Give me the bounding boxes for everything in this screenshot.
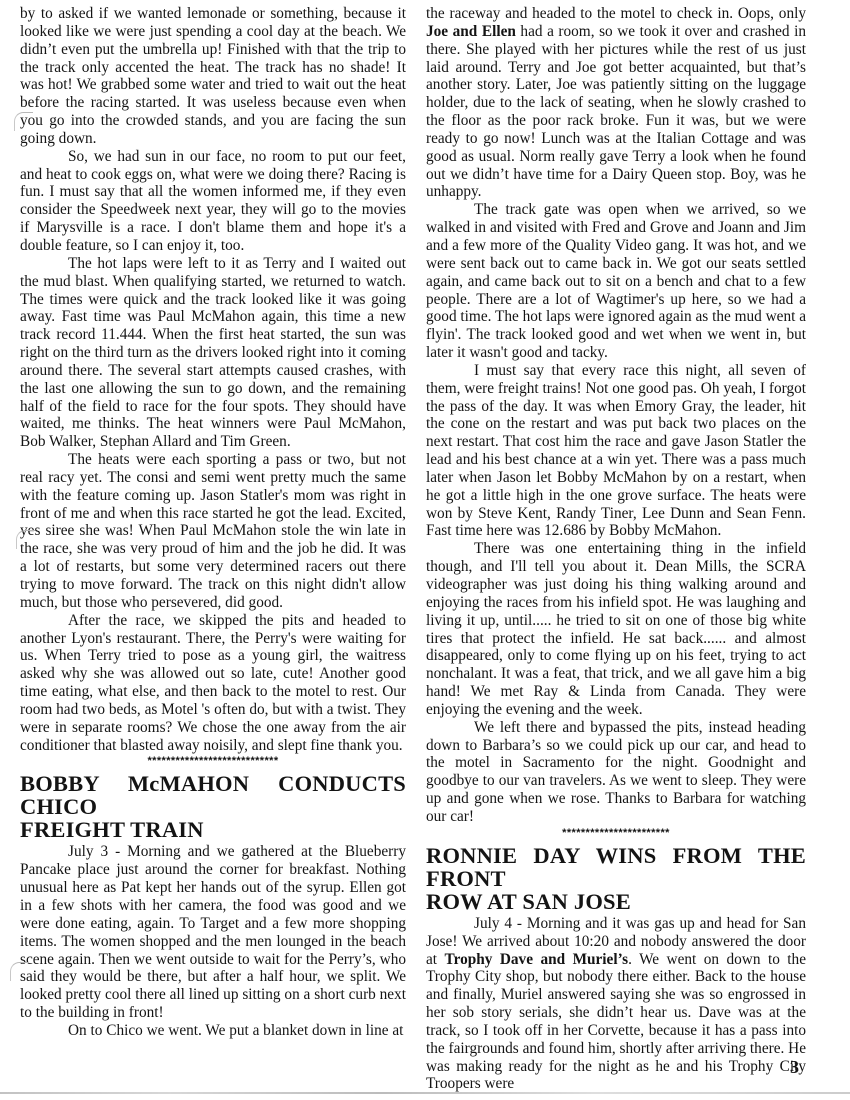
headline-line-1: RONNIE DAY WINS FROM THE FRONT [426, 844, 806, 890]
headline-line-2: FREIGHT TRAIN [20, 818, 406, 841]
article-paragraph: So, we had sun in our face, no room to p… [20, 148, 406, 255]
scan-hole-mark [14, 112, 33, 131]
article-paragraph: July 3 - Morning and we gathered at the … [20, 843, 406, 1021]
paragraph-text: had a room, so we took it over and crash… [426, 23, 806, 201]
article-paragraph: the raceway and headed to the motel to c… [426, 5, 806, 201]
bold-names: Trophy Dave and Muriel’s [445, 951, 629, 968]
article-paragraph: After the race, we skipped the pits and … [20, 612, 406, 755]
article-paragraph: The hot laps were left to it as Terry an… [20, 255, 406, 451]
headline-line-1: BOBBY McMAHON CONDUCTS CHICO [20, 772, 406, 818]
article-paragraph: The track gate was open when we arrived,… [426, 201, 806, 362]
left-column: by to asked if we wanted lemonade or som… [20, 5, 406, 1040]
paragraph-text: the raceway and headed to the motel to c… [426, 5, 806, 22]
article-headline: RONNIE DAY WINS FROM THE FRONT ROW AT SA… [426, 844, 806, 913]
scan-hole-mark [16, 530, 35, 549]
article-paragraph: There was one entertaining thing in the … [426, 540, 806, 718]
section-separator: **************************** [20, 754, 406, 769]
right-column: the raceway and headed to the motel to c… [426, 5, 806, 1093]
headline-line-2: ROW AT SAN JOSE [426, 890, 806, 913]
bold-names: Joe and Ellen [426, 23, 516, 40]
section-separator: *********************** [426, 826, 806, 841]
page-number: 3 [790, 1057, 799, 1078]
article-paragraph: The heats were each sporting a pass or t… [20, 451, 406, 612]
article-paragraph: I must say that every race this night, a… [426, 362, 806, 540]
bottom-scan-edge [0, 1092, 850, 1094]
article-paragraph: by to asked if we wanted lemonade or som… [20, 5, 406, 148]
paragraph-text: . We went on down to the Trophy City sho… [426, 951, 806, 1093]
newsletter-page: by to asked if we wanted lemonade or som… [0, 0, 850, 1100]
article-paragraph: July 4 - Morning and it was gas up and h… [426, 915, 806, 1093]
article-paragraph: We left there and bypassed the pits, ins… [426, 719, 806, 826]
scan-hole-mark [10, 962, 29, 981]
article-headline: BOBBY McMAHON CONDUCTS CHICO FREIGHT TRA… [20, 772, 406, 841]
article-paragraph: On to Chico we went. We put a blanket do… [20, 1022, 406, 1040]
